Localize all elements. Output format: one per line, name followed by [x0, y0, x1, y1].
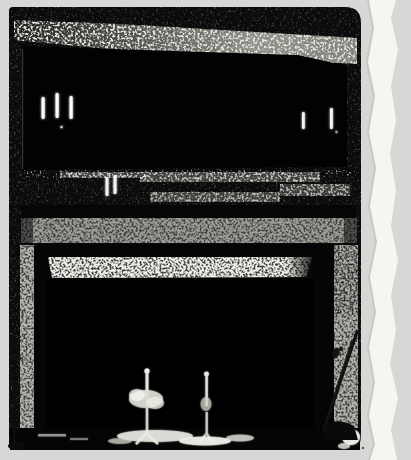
fireplace-photograph: [0, 0, 411, 460]
hearth-streak: [38, 434, 66, 437]
page-background: [0, 0, 411, 460]
jamb-right-grain: [334, 245, 358, 315]
candle-glint: [335, 131, 337, 133]
shelf-streak: [60, 172, 145, 178]
jamb-left: [20, 245, 36, 436]
shelf-streak: [280, 184, 350, 196]
andiron-finial: [144, 368, 149, 373]
photo: [8, 7, 364, 450]
hearth-glare: [179, 437, 231, 446]
candlestick: [106, 177, 109, 196]
shelf-streak: [150, 192, 280, 202]
firebox-interior: [46, 278, 314, 446]
frieze-right-shade: [344, 218, 357, 245]
hearth-glare-right: [338, 443, 350, 449]
lintel-highlight: [48, 257, 312, 278]
tongs-hinge-pin: [339, 347, 343, 351]
frieze-left-shade: [21, 218, 33, 245]
shelf-shadow-band: [21, 205, 356, 219]
candle-flame: [302, 112, 305, 129]
andiron-finial: [204, 372, 209, 377]
andiron-glare: [146, 397, 164, 409]
tool-stand-base: [8, 442, 26, 450]
print-speck: [362, 447, 364, 449]
lintel-fade: [286, 257, 312, 278]
candle-flame: [42, 97, 45, 119]
andiron-stem-lower: [146, 408, 148, 434]
hearth-glare: [226, 435, 254, 442]
candle-flame: [330, 108, 333, 129]
shelf-streak: [140, 172, 320, 182]
tool-stand-knob: [12, 337, 18, 343]
fireplace: [8, 244, 364, 450]
candle-glint: [60, 126, 63, 129]
candle-flame: [56, 93, 59, 118]
candle-flame: [70, 96, 73, 119]
andiron-stem-lower: [206, 412, 208, 434]
hearth-glare: [108, 438, 132, 444]
andiron-glare: [201, 397, 212, 411]
frieze-band: [21, 218, 357, 246]
hearth-streak: [70, 438, 88, 440]
andiron-glare: [129, 389, 145, 401]
candlestick: [114, 175, 117, 194]
